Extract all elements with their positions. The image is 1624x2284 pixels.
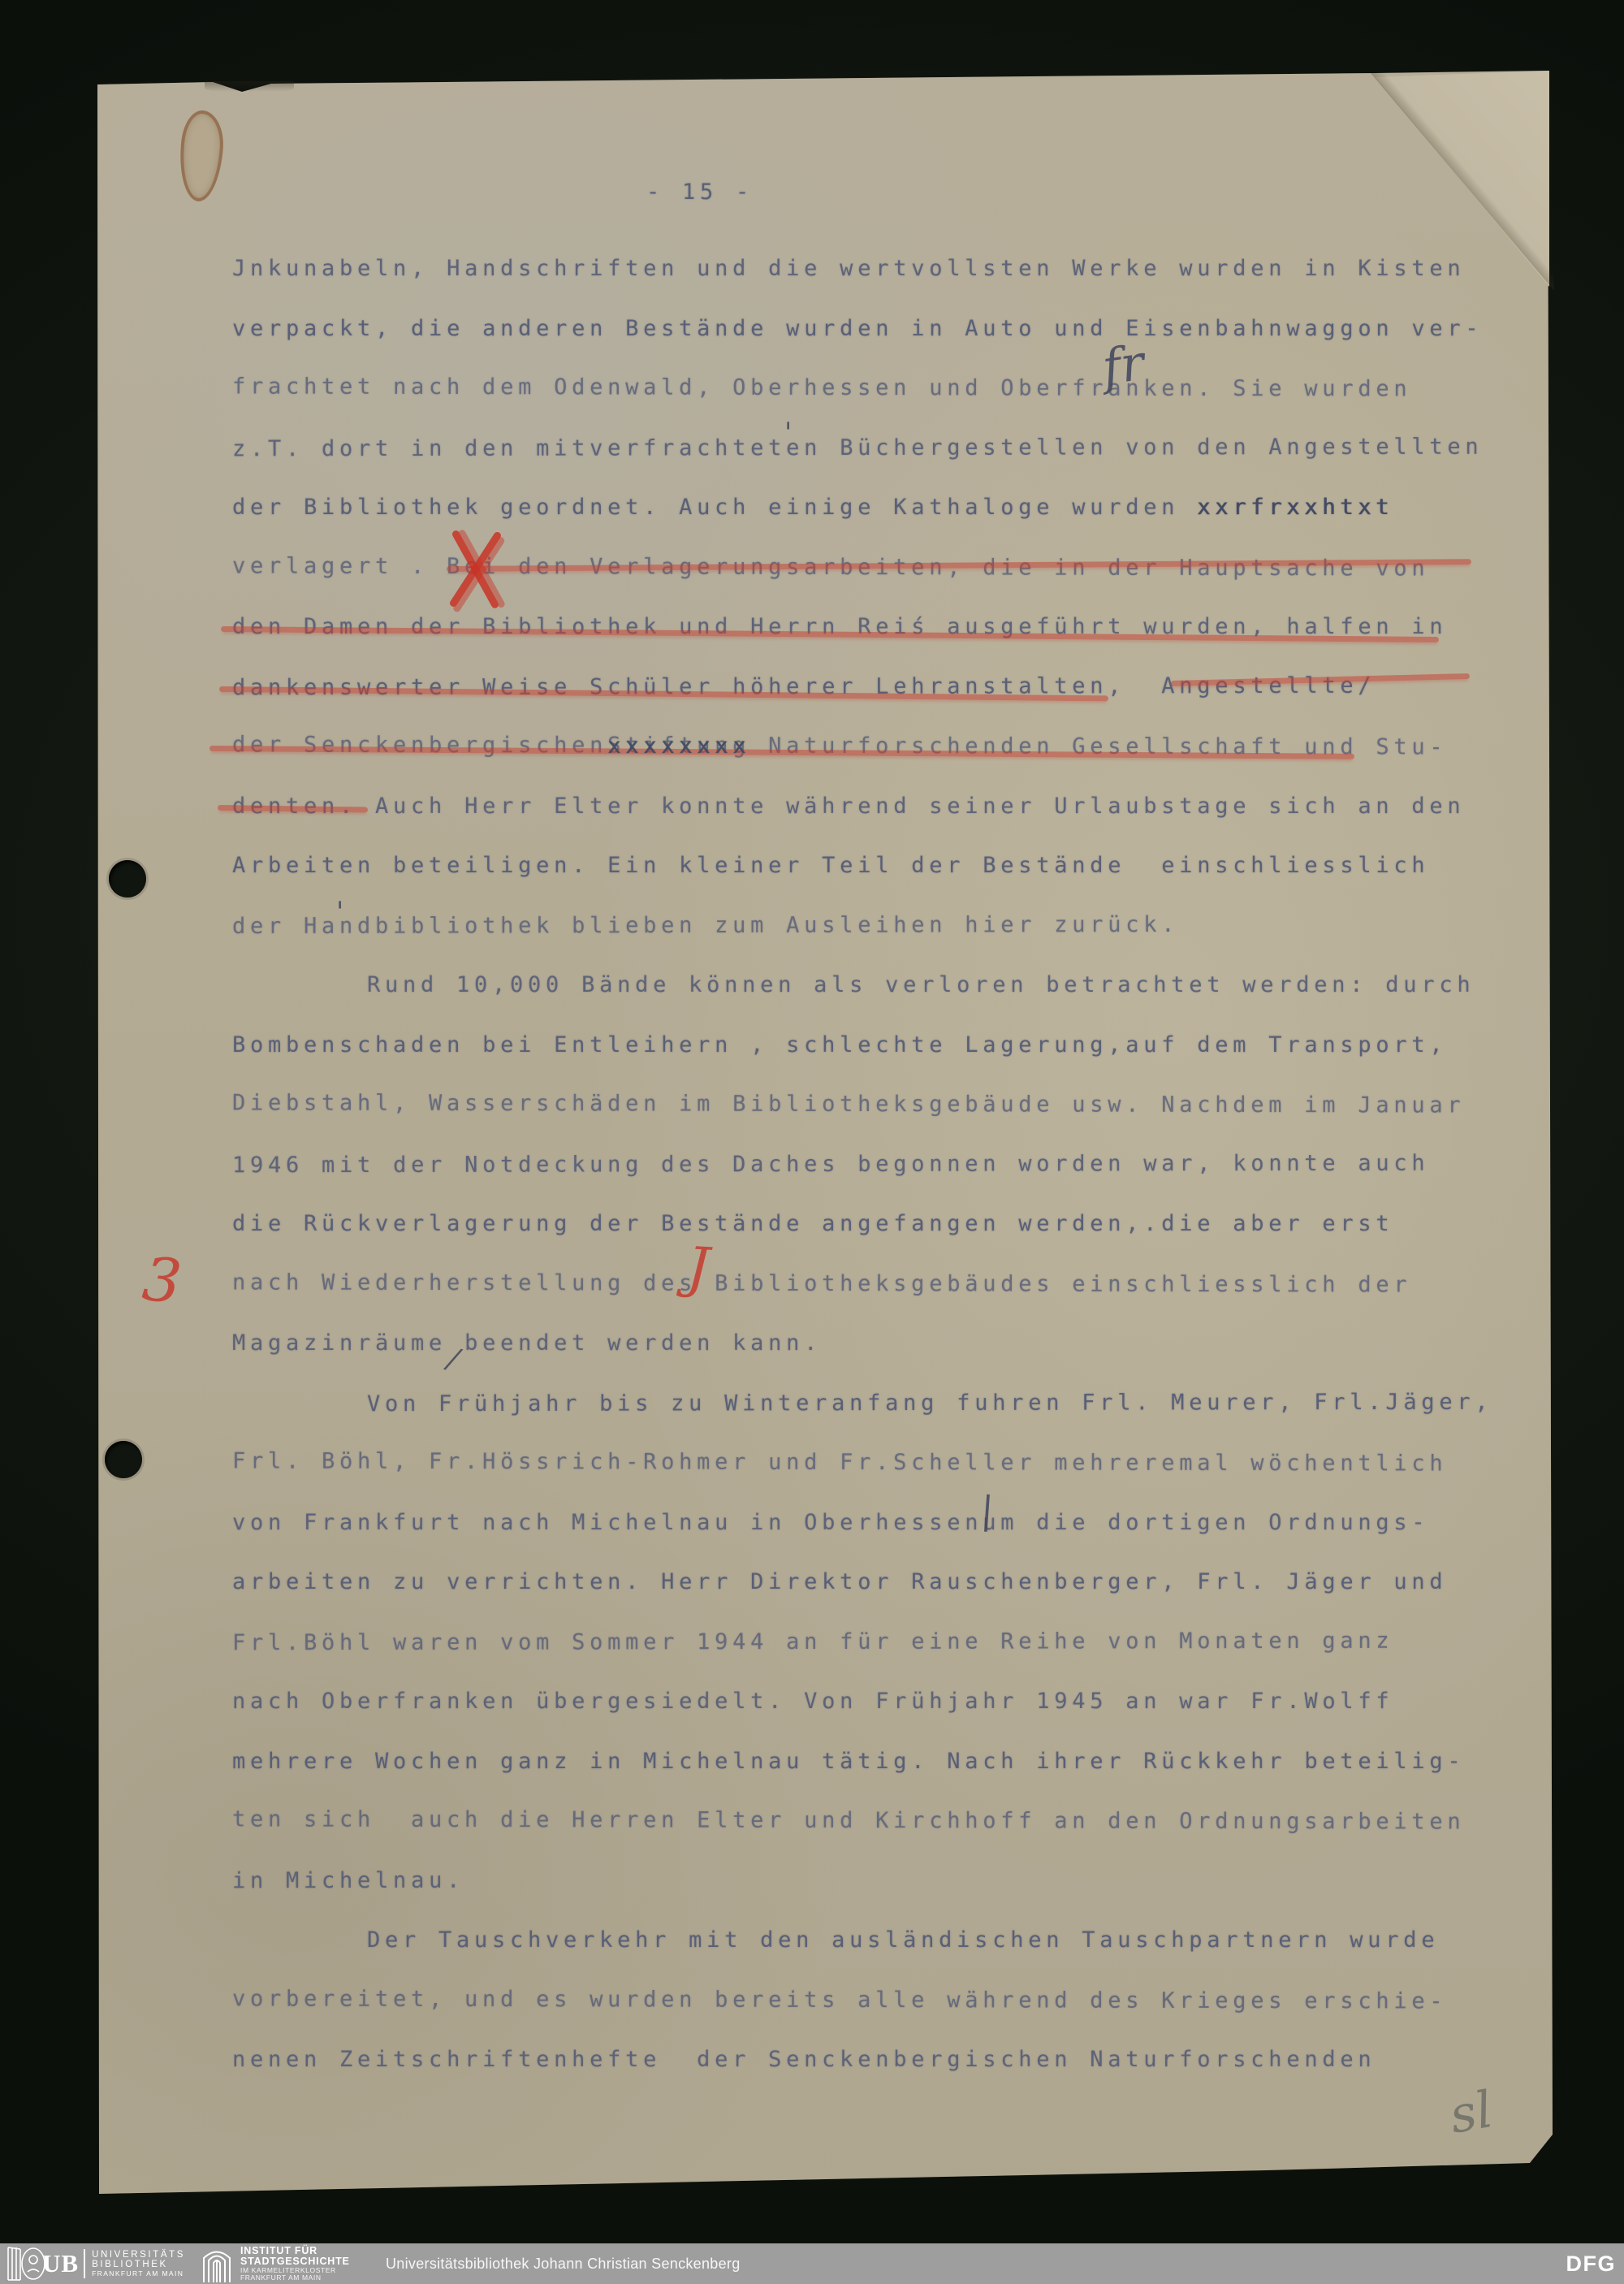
dfg-logo: DFG [1566,2243,1617,2284]
typed-line: z.T. dort in den mitverfrachteten Bücher… [232,433,1483,463]
viewer-footer: UB UNIVERSITÄTS BIBLIOTHEK FRANKFURT AM … [0,2243,1624,2284]
typed-line: Rund 10,000 Bände können als verloren be… [367,971,1475,999]
typed-line: frachtet nach dem Odenwald, Oberhessen u… [232,373,1411,403]
punch-hole [109,860,146,898]
footer-institution-label: Universitätsbibliothek Johann Christian … [386,2243,741,2284]
typed-line: 1946 mit der Notdeckung des Daches begon… [232,1149,1429,1179]
typed-line: nach Wiederherstellung des Bibliotheksge… [232,1269,1411,1299]
typed-line: denten. Auch Herr Elter konnte während s… [232,793,1465,820]
typed-line: Der Tauschverkehr mit den ausländischen … [367,1927,1439,1954]
institut-line-4: FRANKFURT AM MAIN [240,2274,350,2282]
red-margin-mark: J [685,1240,710,1296]
ub-separator [84,2249,85,2278]
typed-line: Bombenschaden bei Entleihern , schlechte… [232,1032,1447,1059]
typed-line: mehrere Wochen ganz in Michelnau tätig. … [232,1748,1465,1776]
ub-line-1: UNIVERSITÄTS [92,2250,185,2260]
handwritten-ink-mark: ' [336,898,343,926]
page-number: - 15 - [646,179,754,206]
typed-line: verpackt, die anderen Bestände wurden in… [232,315,1483,343]
ub-logo: UB UNIVERSITÄTS BIBLIOTHEK FRANKFURT AM … [6,2246,185,2282]
typed-line: nenen Zeitschriftenhefte der Senckenberg… [232,2046,1376,2074]
typed-line: die Rückverlagerung der Bestände angefan… [232,1210,1393,1238]
typed-line: nach Oberfranken übergesiedelt. Von Früh… [232,1688,1393,1715]
typed-line: Magazinräume beendet werden kann. [232,1330,822,1357]
typed-line: arbeiten zu verrichten. Herr Direktor Ra… [232,1568,1447,1596]
handwritten-ink-mark: fr [1099,339,1147,392]
red-x-mark [443,524,509,615]
scan-viewport: - 15 - Jnkunabeln, Handschriften und die… [0,0,1624,2284]
handwritten-ink-mark: ' [784,419,792,447]
ub-abbrev: UB [42,2249,79,2278]
typed-line: Jnkunabeln, Handschriften und die wertvo… [232,255,1465,283]
punch-hole [105,1441,142,1478]
red-margin-mark: 3 [140,1249,184,1313]
typed-line: Frl.Böhl waren vom Sommer 1944 an für ei… [232,1627,1393,1656]
handwritten-ink-mark: | [979,1491,995,1529]
typed-line: in Michelnau. [232,1867,464,1894]
typed-overstrike: xxxxxxxx [607,733,750,760]
karmeliterkloster-arch-icon [201,2245,232,2282]
typed-line: der Handbibliothek blieben zum Ausleihen… [232,911,1179,940]
typed-line: Von Frühjahr bis zu Winteranfang fuhren … [367,1388,1492,1417]
top-edge-crease [205,81,294,94]
ub-line-2: BIBLIOTHEK [92,2260,185,2269]
typed-line: ten sich auch die Herren Elter und Kirch… [232,1806,1465,1836]
typed-line: Arbeiten beteiligen. Ein kleiner Teil de… [232,852,1429,880]
institut-logo: INSTITUT FÜR STADTGESCHICHTE IM KARMELIT… [201,2245,350,2282]
typed-line: vorbereitet, und es wurden bereits alle … [232,1985,1447,2015]
typed-overstrike: xxrfrxxhtxt [1197,494,1393,521]
typed-line: Diebstahl, Wasserschäden im Bibliotheksg… [232,1089,1465,1119]
typed-line: von Frankfurt nach Michelnau in Oberhess… [232,1509,1429,1537]
typed-line: Frl. Böhl, Fr.Hössrich-Rohmer und Fr.Sch… [232,1447,1447,1477]
handwritten-pencil-mark: sl [1446,2084,1497,2141]
ub-line-3: FRANKFURT AM MAIN [92,2270,185,2278]
